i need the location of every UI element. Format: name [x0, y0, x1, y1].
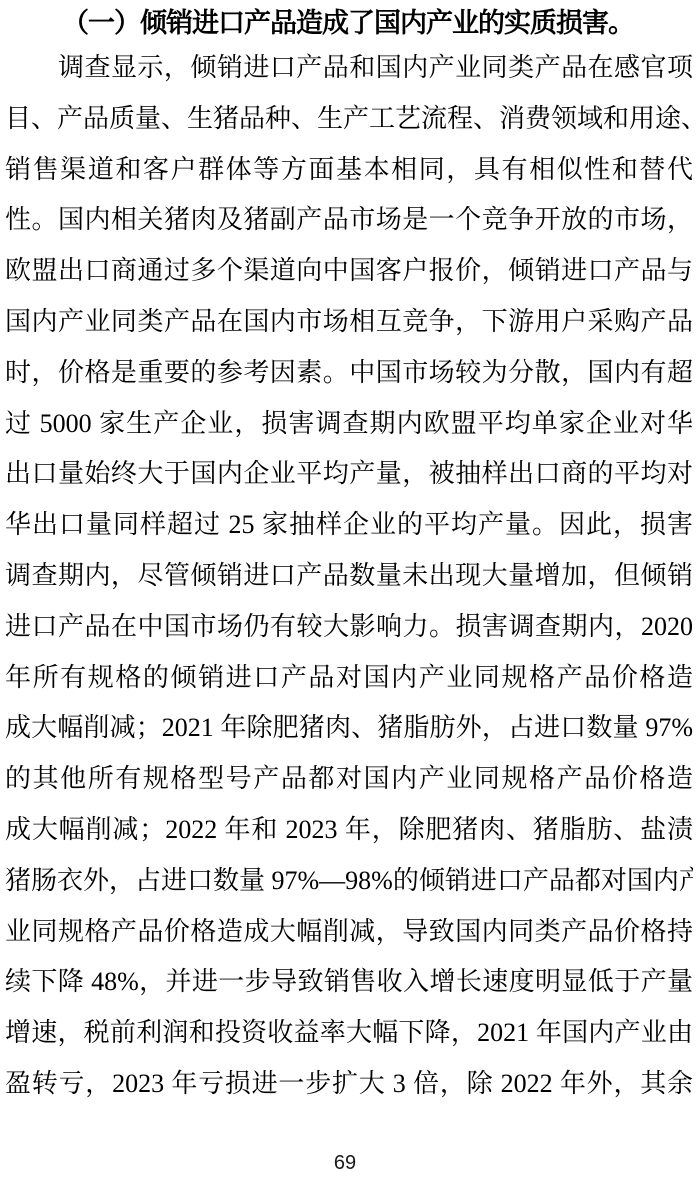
paragraph-line: 续下降 48%，并进一步导致销售收入增长速度明显低于产量: [5, 957, 693, 1008]
paragraph-line: 猪肠衣外，占进口数量 97%—98%的倾销进口产品都对国内产: [5, 856, 693, 907]
paragraph-line: 的其他所有规格型号产品都对国内产业同规格产品价格造: [5, 754, 693, 805]
paragraph-line: 调查显示，倾销进口产品和国内产业同类产品在感官项: [5, 43, 693, 94]
paragraph-line: 业同规格产品价格造成大幅削减，导致国内同类产品价格持: [5, 907, 693, 958]
paragraph-line: 过 5000 家生产企业，损害调查期内欧盟平均单家企业对华: [5, 399, 693, 450]
paragraph-line: 进口产品在中国市场仍有较大影响力。损害调查期内，2020: [5, 602, 693, 653]
paragraph-line: 出口量始终大于国内企业平均产量，被抽样出口商的平均对: [5, 449, 693, 500]
paragraph-line: 华出口量同样超过 25 家抽样企业的平均产量。因此，损害: [5, 500, 693, 551]
paragraph-line: 欧盟出口商通过多个渠道向中国客户报价，倾销进口产品与: [5, 246, 693, 297]
paragraph-line: 目、产品质量、生猪品种、生产工艺流程、消费领域和用途、: [5, 94, 693, 145]
paragraph-line: 时，价格是重要的参考因素。中国市场较为分散，国内有超: [5, 348, 693, 399]
section-heading: （一）倾销进口产品造成了国内产业的实质损害。: [6, 0, 694, 46]
paragraph-line: 盈转亏，2023 年亏损进一步扩大 3 倍，除 2022 年外，其余: [5, 1059, 693, 1110]
document-page: （一）倾销进口产品造成了国内产业的实质损害。 调查显示，倾销进口产品和国内产业同…: [0, 0, 700, 1178]
paragraph-line: 年所有规格的倾销进口产品对国内产业同规格产品价格造: [5, 653, 693, 704]
paragraph-line: 增速，税前利润和投资收益率大幅下降，2021 年国内产业由: [5, 1008, 693, 1059]
paragraph: 调查显示，倾销进口产品和国内产业同类产品在感官项 目、产品质量、生猪品种、生产工…: [5, 43, 693, 1110]
paragraph-line: 调查期内，尽管倾销进口产品数量未出现大量增加，但倾销: [5, 551, 693, 602]
paragraph-line: 成大幅削减；2021 年除肥猪肉、猪脂肪外，占进口数量 97%: [5, 703, 693, 754]
paragraph-line: 国内产业同类产品在国内市场相互竞争，下游用户采购产品: [5, 297, 693, 348]
paragraph-line: 性。国内相关猪肉及猪副产品市场是一个竞争开放的市场，: [5, 195, 693, 246]
paragraph-line: 销售渠道和客户群体等方面基本相同，具有相似性和替代: [5, 145, 693, 196]
page-number: 69: [0, 1151, 690, 1175]
paragraph-line: 成大幅削减；2022 年和 2023 年，除肥猪肉、猪脂肪、盐渍: [5, 805, 693, 856]
